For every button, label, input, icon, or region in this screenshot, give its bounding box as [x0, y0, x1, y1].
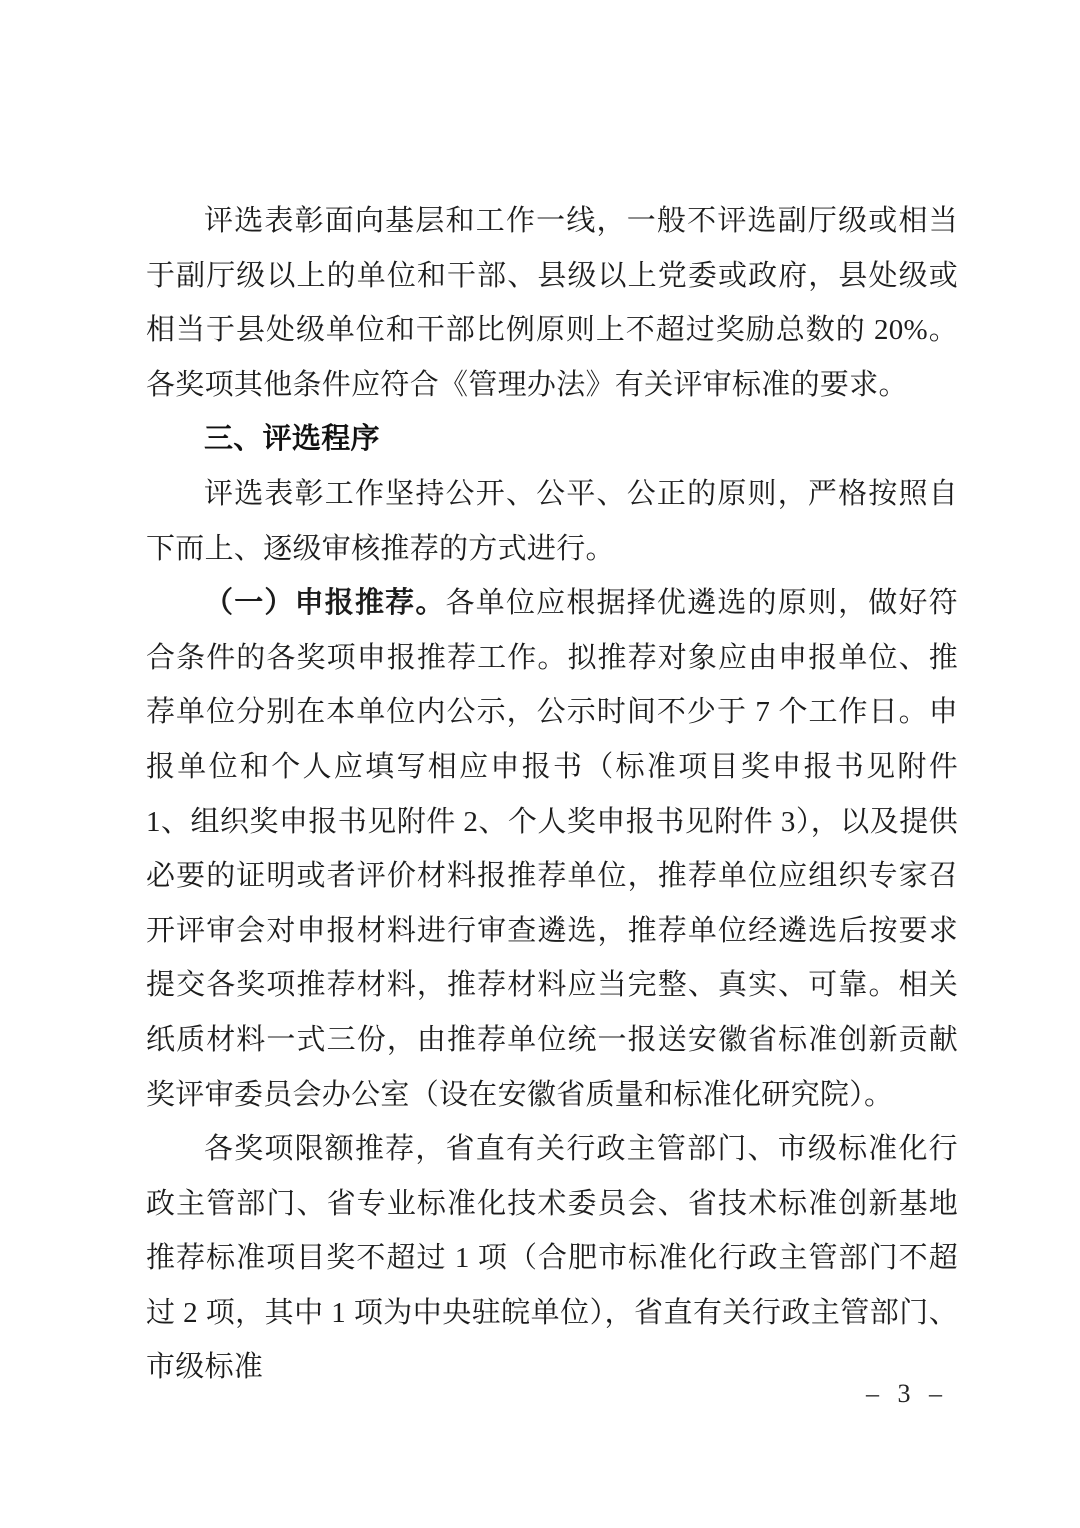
- emphasis-text: （一）申报推荐。: [204, 587, 446, 619]
- body-text: 各单位应根据择优遴选的原则，做好符合条件的各奖项申报推荐工作。拟推荐对象应由申报…: [146, 587, 958, 1110]
- body-text: 评选表彰面向基层和工作一线，一般不评选副厅级或相当于副厅级以上的单位和干部、县级…: [146, 205, 958, 401]
- paragraph: 各奖项限额推荐，省直有关行政主管部门、市级标准化行政主管部门、省专业标准化技术委…: [146, 1122, 958, 1395]
- paragraph: 评选表彰面向基层和工作一线，一般不评选副厅级或相当于副厅级以上的单位和干部、县级…: [146, 194, 958, 412]
- document-body: 评选表彰面向基层和工作一线，一般不评选副厅级或相当于副厅级以上的单位和干部、县级…: [146, 194, 958, 1395]
- paragraph: （一）申报推荐。各单位应根据择优遴选的原则，做好符合条件的各奖项申报推荐工作。拟…: [146, 576, 958, 1122]
- page-number: – 3 –: [866, 1379, 948, 1409]
- body-text: 评选表彰工作坚持公开、公平、公正的原则，严格按照自下而上、逐级审核推荐的方式进行…: [146, 478, 958, 565]
- paragraph: 评选表彰工作坚持公开、公平、公正的原则，严格按照自下而上、逐级审核推荐的方式进行…: [146, 467, 958, 576]
- body-text: 各奖项限额推荐，省直有关行政主管部门、市级标准化行政主管部门、省专业标准化技术委…: [146, 1133, 958, 1383]
- emphasis-text: 三、评选程序: [204, 423, 380, 455]
- section-heading: 三、评选程序: [146, 412, 958, 467]
- document-page: 评选表彰面向基层和工作一线，一般不评选副厅级或相当于副厅级以上的单位和干部、县级…: [0, 0, 1080, 1528]
